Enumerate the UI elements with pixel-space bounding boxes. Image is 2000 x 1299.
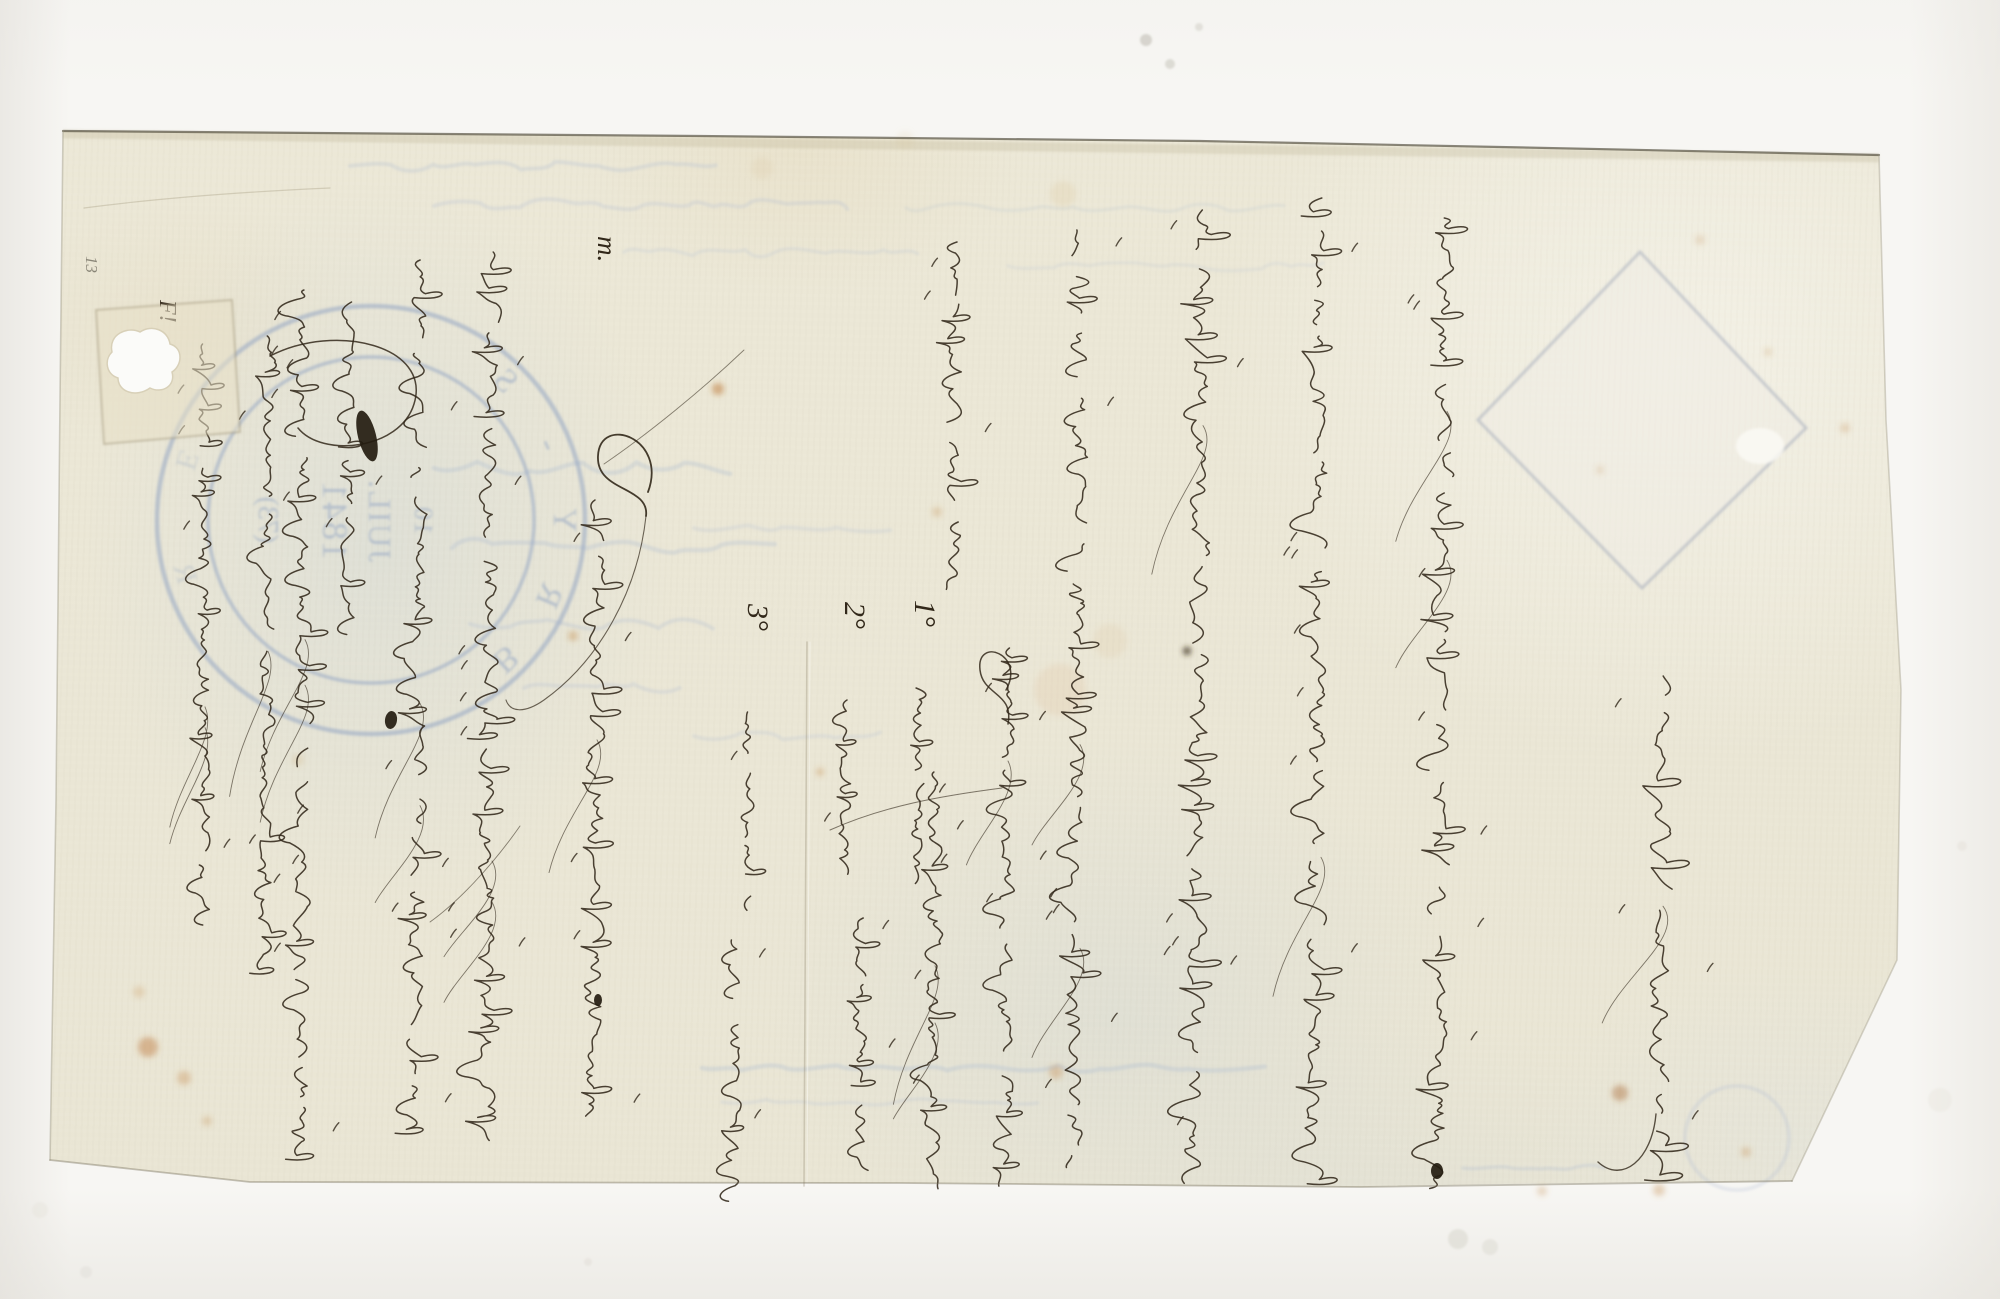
dust-speck [1165, 59, 1175, 69]
ink-stroke [581, 500, 623, 1116]
seal-impression-highlight [1736, 428, 1784, 464]
bleed-through-stroke [1008, 263, 1323, 271]
list-item-2-column [825, 700, 857, 874]
postmark-arc-letter: R [528, 578, 571, 614]
handwriting-column [925, 242, 991, 589]
foxing-stain [1183, 647, 1191, 655]
ink-stroke [937, 242, 978, 589]
handwriting-column [893, 772, 963, 1189]
bleed-through-stroke [694, 526, 890, 532]
foxing-stain [1093, 624, 1127, 658]
dust-speck [1195, 23, 1203, 31]
foxing-stain [1049, 1065, 1063, 1079]
bleed-through-stroke [434, 462, 730, 474]
flourish-group [270, 340, 1656, 1170]
postmark-arc-letter: - [530, 432, 568, 457]
foxing-stain [1764, 348, 1772, 356]
dust-speck [1140, 34, 1152, 46]
foxing-stain [133, 986, 145, 998]
seal-impression [1478, 252, 1806, 588]
bleed-through-stroke [694, 732, 880, 739]
ink-blot [352, 409, 382, 464]
dust-speck [1928, 1088, 1952, 1112]
paper-bottom-edge [50, 1160, 1792, 1187]
bleed-through-stroke [452, 539, 775, 553]
diacritic-ticks [940, 784, 947, 862]
ink-stroke [910, 772, 955, 1189]
dust-speck [584, 1258, 592, 1266]
foxing-stain [1050, 181, 1076, 207]
hairline-flourish [1032, 745, 1084, 1058]
ink-stroke [333, 302, 365, 635]
ink-stroke [833, 700, 857, 874]
handwriting-column [847, 918, 895, 1170]
bleed-through-stroke [524, 684, 680, 692]
handwriting [170, 198, 1713, 1201]
pen-flourish [270, 340, 416, 445]
hairline-flourish [1152, 426, 1207, 575]
diacritic-ticks [914, 821, 964, 1083]
ink-stroke [741, 712, 765, 910]
pen-flourish [598, 435, 652, 516]
dust-speck [80, 1266, 92, 1278]
dust-speck [1957, 841, 1967, 851]
foxing-stain [1695, 235, 1705, 245]
postmark-date-line: 1841 [315, 480, 355, 560]
dust-speck [1448, 1229, 1468, 1249]
ink-stroke [1168, 210, 1230, 1183]
handwriting-column [1152, 210, 1243, 1183]
crease-line [804, 642, 807, 1186]
bleed-through-stroke [350, 162, 716, 171]
handwriting-column [260, 290, 339, 1160]
bleed-through-stroke [702, 1065, 1265, 1072]
handwriting-column [1396, 218, 1487, 1189]
paper-left-edge [50, 131, 63, 1160]
foxing-stain [568, 631, 578, 641]
foxing-stain [177, 1071, 191, 1085]
pen-flourish [1598, 1114, 1656, 1170]
ink-stroke [847, 918, 879, 1170]
diacritic-ticks [755, 949, 765, 1118]
bleed-through-stroke [1463, 1165, 1604, 1169]
paper-top-aged-band [63, 134, 1879, 158]
bleed-through-stroke [624, 249, 917, 257]
crease-line [84, 188, 330, 208]
postmark-arc-letter: R [166, 559, 203, 587]
pen-flourish [430, 826, 520, 922]
diacritic-ticks [825, 813, 831, 821]
dust-speck [32, 1202, 48, 1218]
ink-stroke [394, 260, 442, 1134]
foxing-stain [896, 131, 914, 149]
paper-right-edge [1792, 155, 1901, 1181]
list-marker: 3° [741, 603, 774, 631]
margin-mark: 13 [82, 256, 101, 273]
seal-impression-outline [1478, 252, 1806, 588]
ink-blot [384, 710, 398, 729]
diacritic-ticks [731, 751, 737, 759]
bleed-through-stroke [906, 203, 1284, 211]
manuscript-artwork: BRY-SER10JUIL.1841(73)1°2°3°m.F!13 [0, 0, 2000, 1299]
stain-group [133, 131, 1850, 1196]
foxing-stain [202, 1116, 212, 1126]
foxing-stain [932, 507, 942, 517]
handwriting-column [1273, 198, 1358, 1184]
foxing-stain [1596, 466, 1604, 474]
foxing-stain [1034, 664, 1086, 716]
postmark-date-line: JUIL. [362, 478, 398, 562]
bleed-through-stroke [722, 1099, 1037, 1105]
ink-blot-group [352, 409, 1443, 1179]
foxing-stain [751, 157, 773, 179]
margin-mark: m. [592, 236, 622, 262]
list-marker: 1° [908, 600, 941, 627]
scan-background: BRY-SER10JUIL.1841(73)1°2°3°m.F!13 [0, 0, 2000, 1299]
pen-flourish [604, 350, 744, 464]
ink-blot [594, 994, 602, 1006]
foxing-stain [1653, 1184, 1665, 1196]
diacritic-ticks [986, 683, 1046, 901]
list-item-3-column [731, 712, 765, 910]
ink-blot [1431, 1163, 1443, 1179]
foxing-stain [1840, 423, 1850, 433]
diacritic-ticks [1164, 221, 1243, 1125]
diacritic-ticks [1284, 243, 1358, 952]
foxing-stain [1741, 1147, 1751, 1157]
ink-stroke [1290, 198, 1342, 1184]
paper-hole [107, 328, 180, 393]
bleed-through-stroke [434, 199, 847, 209]
foxing-stain [1612, 1085, 1628, 1101]
handwriting-column [326, 302, 381, 635]
postmark-arc-letter: E [168, 446, 205, 474]
diacritic-ticks [1408, 295, 1486, 1040]
bleed-through-stroke [470, 620, 713, 629]
ink-stroke [911, 688, 933, 884]
ink-stroke [1412, 218, 1468, 1189]
hairline-flourish [549, 740, 601, 873]
paper-hole-group [96, 300, 240, 444]
dust-speck [1482, 1239, 1498, 1255]
hairline-flourish [1273, 857, 1325, 996]
bleed-through-circle [1685, 1086, 1789, 1190]
foxing-stain [1537, 1186, 1547, 1196]
handwriting-column [966, 648, 1046, 1186]
postmark-arc-letter: Y [546, 508, 583, 533]
foxing-stain [138, 1037, 158, 1057]
diacritic-ticks [883, 921, 895, 1048]
list-marker: 2° [838, 602, 871, 629]
foxing-stain [712, 383, 724, 395]
foxing-stain [816, 768, 824, 776]
